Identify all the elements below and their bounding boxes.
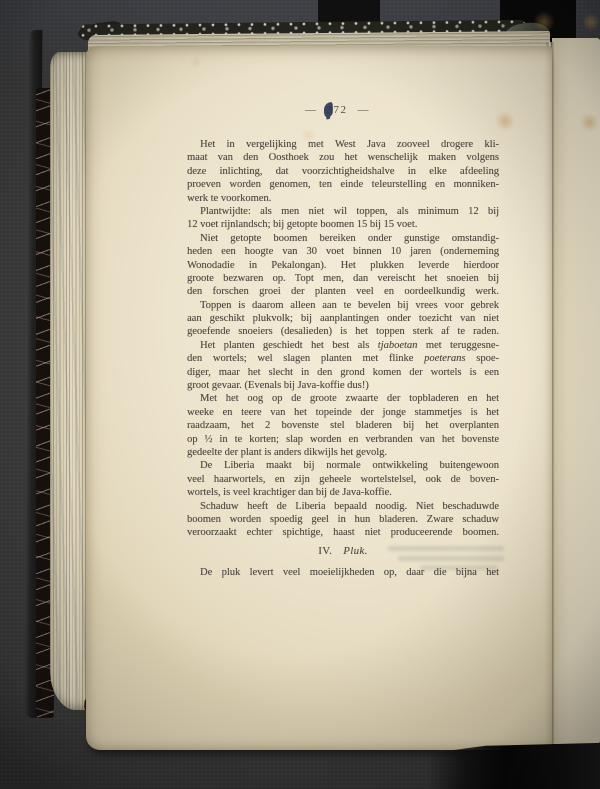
text-line: 12 voet rijnlandsch; bij getopte boomen … <box>187 218 499 231</box>
text-line: raadzaam, het 2 bovenste stel bladeren b… <box>187 419 499 432</box>
text-line: Het planten geschiedt het best als tjabo… <box>187 339 499 352</box>
text-line: heden een hoogte van 30 voet binnen 10 j… <box>187 245 499 258</box>
text-line: De Liberia maakt bij normale ontwikkelin… <box>187 459 499 472</box>
text-line: op ½ in te korten; slap worden en verbra… <box>187 433 499 446</box>
text-line: aan geschikt plukvolk; bij aanplantingen… <box>187 312 499 325</box>
page-text-block: — 372 — Het in vergelijking met West Jav… <box>187 104 499 580</box>
paragraph: Niet getopte boomen bereiken onder gunst… <box>187 232 499 299</box>
text-line: proeven worden genomen, ten einde teleur… <box>187 178 499 191</box>
text-line: Wonodadie in Pekalongan). Het plukken le… <box>187 259 499 272</box>
facing-page-sliver <box>552 38 600 744</box>
paragraph: Met het oog op de groote zwaarte der top… <box>187 392 499 459</box>
paragraph: De Liberia maakt bij normale ontwikkelin… <box>187 459 499 499</box>
text-line: weeke en teere van het topeinde der jong… <box>187 406 499 419</box>
text-line: gedeelte der plant is anders dikwijls he… <box>187 446 499 459</box>
text-line: maat van den Oosthoek zou het wenschelij… <box>187 151 499 164</box>
paragraph: Toppen is daarom alleen aan te bevelen b… <box>187 299 499 339</box>
foxing-spot <box>581 112 598 133</box>
text-line: veel haarwortels, en zijn geheele wortel… <box>187 473 499 486</box>
foxing-spot <box>534 10 554 34</box>
page-fore-edge-stack <box>50 52 90 710</box>
text-line: groot gevaar. (Evenals bij Java-koffie d… <box>187 379 499 392</box>
section-numeral: IV. <box>318 545 332 557</box>
text-line: den wortels; wel slagen planten met flin… <box>187 352 499 365</box>
page-number: 372 <box>327 104 348 116</box>
text-line: den forschen groei der planten veel en o… <box>187 285 499 298</box>
page-number-header: — 372 — <box>181 104 493 116</box>
text-line: geoefende snoeiers (desalieden) is het t… <box>187 325 499 338</box>
foxing-spot <box>190 56 202 68</box>
body-text: Het in vergelijking met West Java zoovee… <box>187 138 499 580</box>
header-dash-left: — <box>305 104 317 116</box>
text-line: De pluk levert veel moeielijkheden op, d… <box>187 566 499 579</box>
paragraph: Schaduw heeft de Liberia bepaald noodig.… <box>187 500 499 540</box>
paragraph: Het in vergelijking met West Java zoovee… <box>187 138 499 205</box>
section-heading: IV.Pluk. <box>187 545 499 558</box>
paragraph: Plantwijdte: als men niet wil toppen, al… <box>187 205 499 232</box>
text-line: Niet getopte boomen bereiken onder gunst… <box>187 232 499 245</box>
text-line: werk te voorkomen. <box>187 192 499 205</box>
text-line: Het in vergelijking met West Java zoovee… <box>187 138 499 151</box>
text-line: Toppen is daarom alleen aan te bevelen b… <box>187 299 499 312</box>
paragraph: De pluk levert veel moeielijkheden op, d… <box>187 566 499 579</box>
paragraph: Het planten geschiedt het best als tjabo… <box>187 339 499 393</box>
text-line: groote bezwaren op. Topt men, dan vereis… <box>187 272 499 285</box>
text-line: veroorzaakt echter spichtige, haast niet… <box>187 526 499 539</box>
scanned-book-photo: — 372 — Het in vergelijking met West Jav… <box>0 0 600 789</box>
text-line: Met het oog op de groote zwaarte der top… <box>187 392 499 405</box>
text-line: deze inlichting, dat voorzichtigheidshal… <box>187 165 499 178</box>
text-line: wortels, is veel krachtiger dan bij de J… <box>187 486 499 499</box>
section-title: Pluk. <box>343 545 368 557</box>
text-line: boomen worden spoedig geel in hun blader… <box>187 513 499 526</box>
text-line: Schaduw heeft de Liberia bepaald noodig.… <box>187 500 499 513</box>
header-dash-right: — <box>358 104 370 116</box>
text-line: diger, maar het slecht in den grond kome… <box>187 366 499 379</box>
text-line: Plantwijdte: als men niet wil toppen, al… <box>187 205 499 218</box>
foxing-spot <box>583 12 599 32</box>
